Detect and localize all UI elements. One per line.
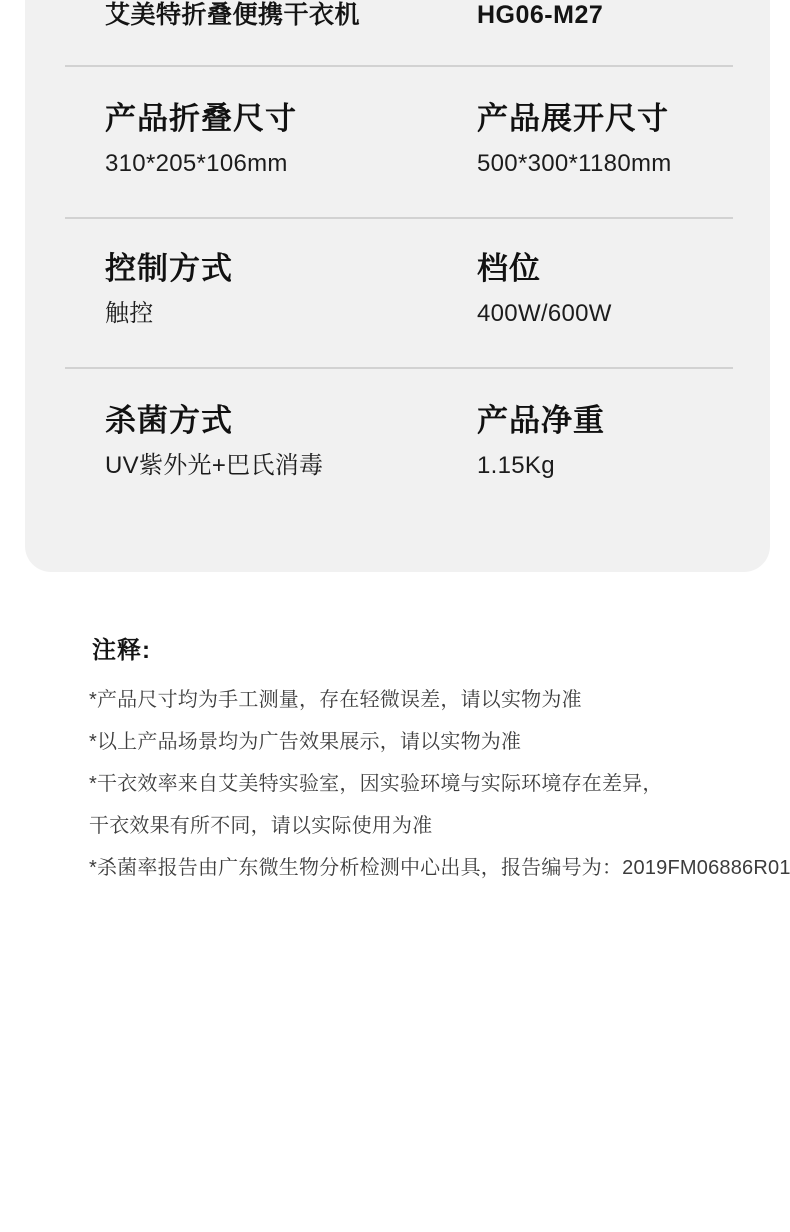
spec-cell-power-levels: 档位 400W/600W xyxy=(477,250,612,329)
spec-value: UV紫外光+巴氏消毒 xyxy=(105,451,323,481)
note-line: 干衣效果有所不同，请以实际使用为准 xyxy=(89,813,749,839)
spec-label: 控制方式 xyxy=(105,250,233,288)
spec-value: 触控 xyxy=(105,299,233,329)
spec-label: 产品展开尺寸 xyxy=(477,100,672,138)
spec-label: 档位 xyxy=(477,250,612,288)
notes-title: 注释: xyxy=(92,637,749,665)
product-spec-card: 艾美特折叠便携干衣机 HG06-M27 产品折叠尺寸 310*205*106mm… xyxy=(25,0,770,572)
spec-cell-folded-size: 产品折叠尺寸 310*205*106mm xyxy=(105,100,297,179)
spec-cell-control-method: 控制方式 触控 xyxy=(105,250,233,329)
product-model: HG06-M27 xyxy=(477,0,603,30)
spec-cell-unfolded-size: 产品展开尺寸 500*300*1180mm xyxy=(477,100,672,179)
spec-label: 杀菌方式 xyxy=(105,402,323,440)
notes-section: 注释: *产品尺寸均为手工测量，存在轻微误差，请以实物为准 *以上产品场景均为广… xyxy=(89,637,749,897)
spec-value: 500*300*1180mm xyxy=(477,149,672,179)
divider xyxy=(65,217,733,219)
spec-cell-sterilization-method: 杀菌方式 UV紫外光+巴氏消毒 xyxy=(105,402,323,481)
spec-value: 1.15Kg xyxy=(477,451,605,481)
note-line: *杀菌率报告由广东微生物分析检测中心出具，报告编号为：2019FM06886R0… xyxy=(89,855,749,881)
spec-cell-net-weight: 产品净重 1.15Kg xyxy=(477,402,605,481)
product-name: 艾美特折叠便携干衣机 xyxy=(105,0,360,30)
spec-label: 产品净重 xyxy=(477,402,605,440)
spec-label: 产品折叠尺寸 xyxy=(105,100,297,138)
note-line: *干衣效率来自艾美特实验室，因实验环境与实际环境存在差异， xyxy=(89,771,749,797)
note-line: *以上产品场景均为广告效果展示，请以实物为准 xyxy=(89,729,749,755)
spec-value: 310*205*106mm xyxy=(105,149,297,179)
note-line: *产品尺寸均为手工测量，存在轻微误差，请以实物为准 xyxy=(89,687,749,713)
divider xyxy=(65,65,733,67)
spec-value: 400W/600W xyxy=(477,299,612,329)
divider xyxy=(65,367,733,369)
